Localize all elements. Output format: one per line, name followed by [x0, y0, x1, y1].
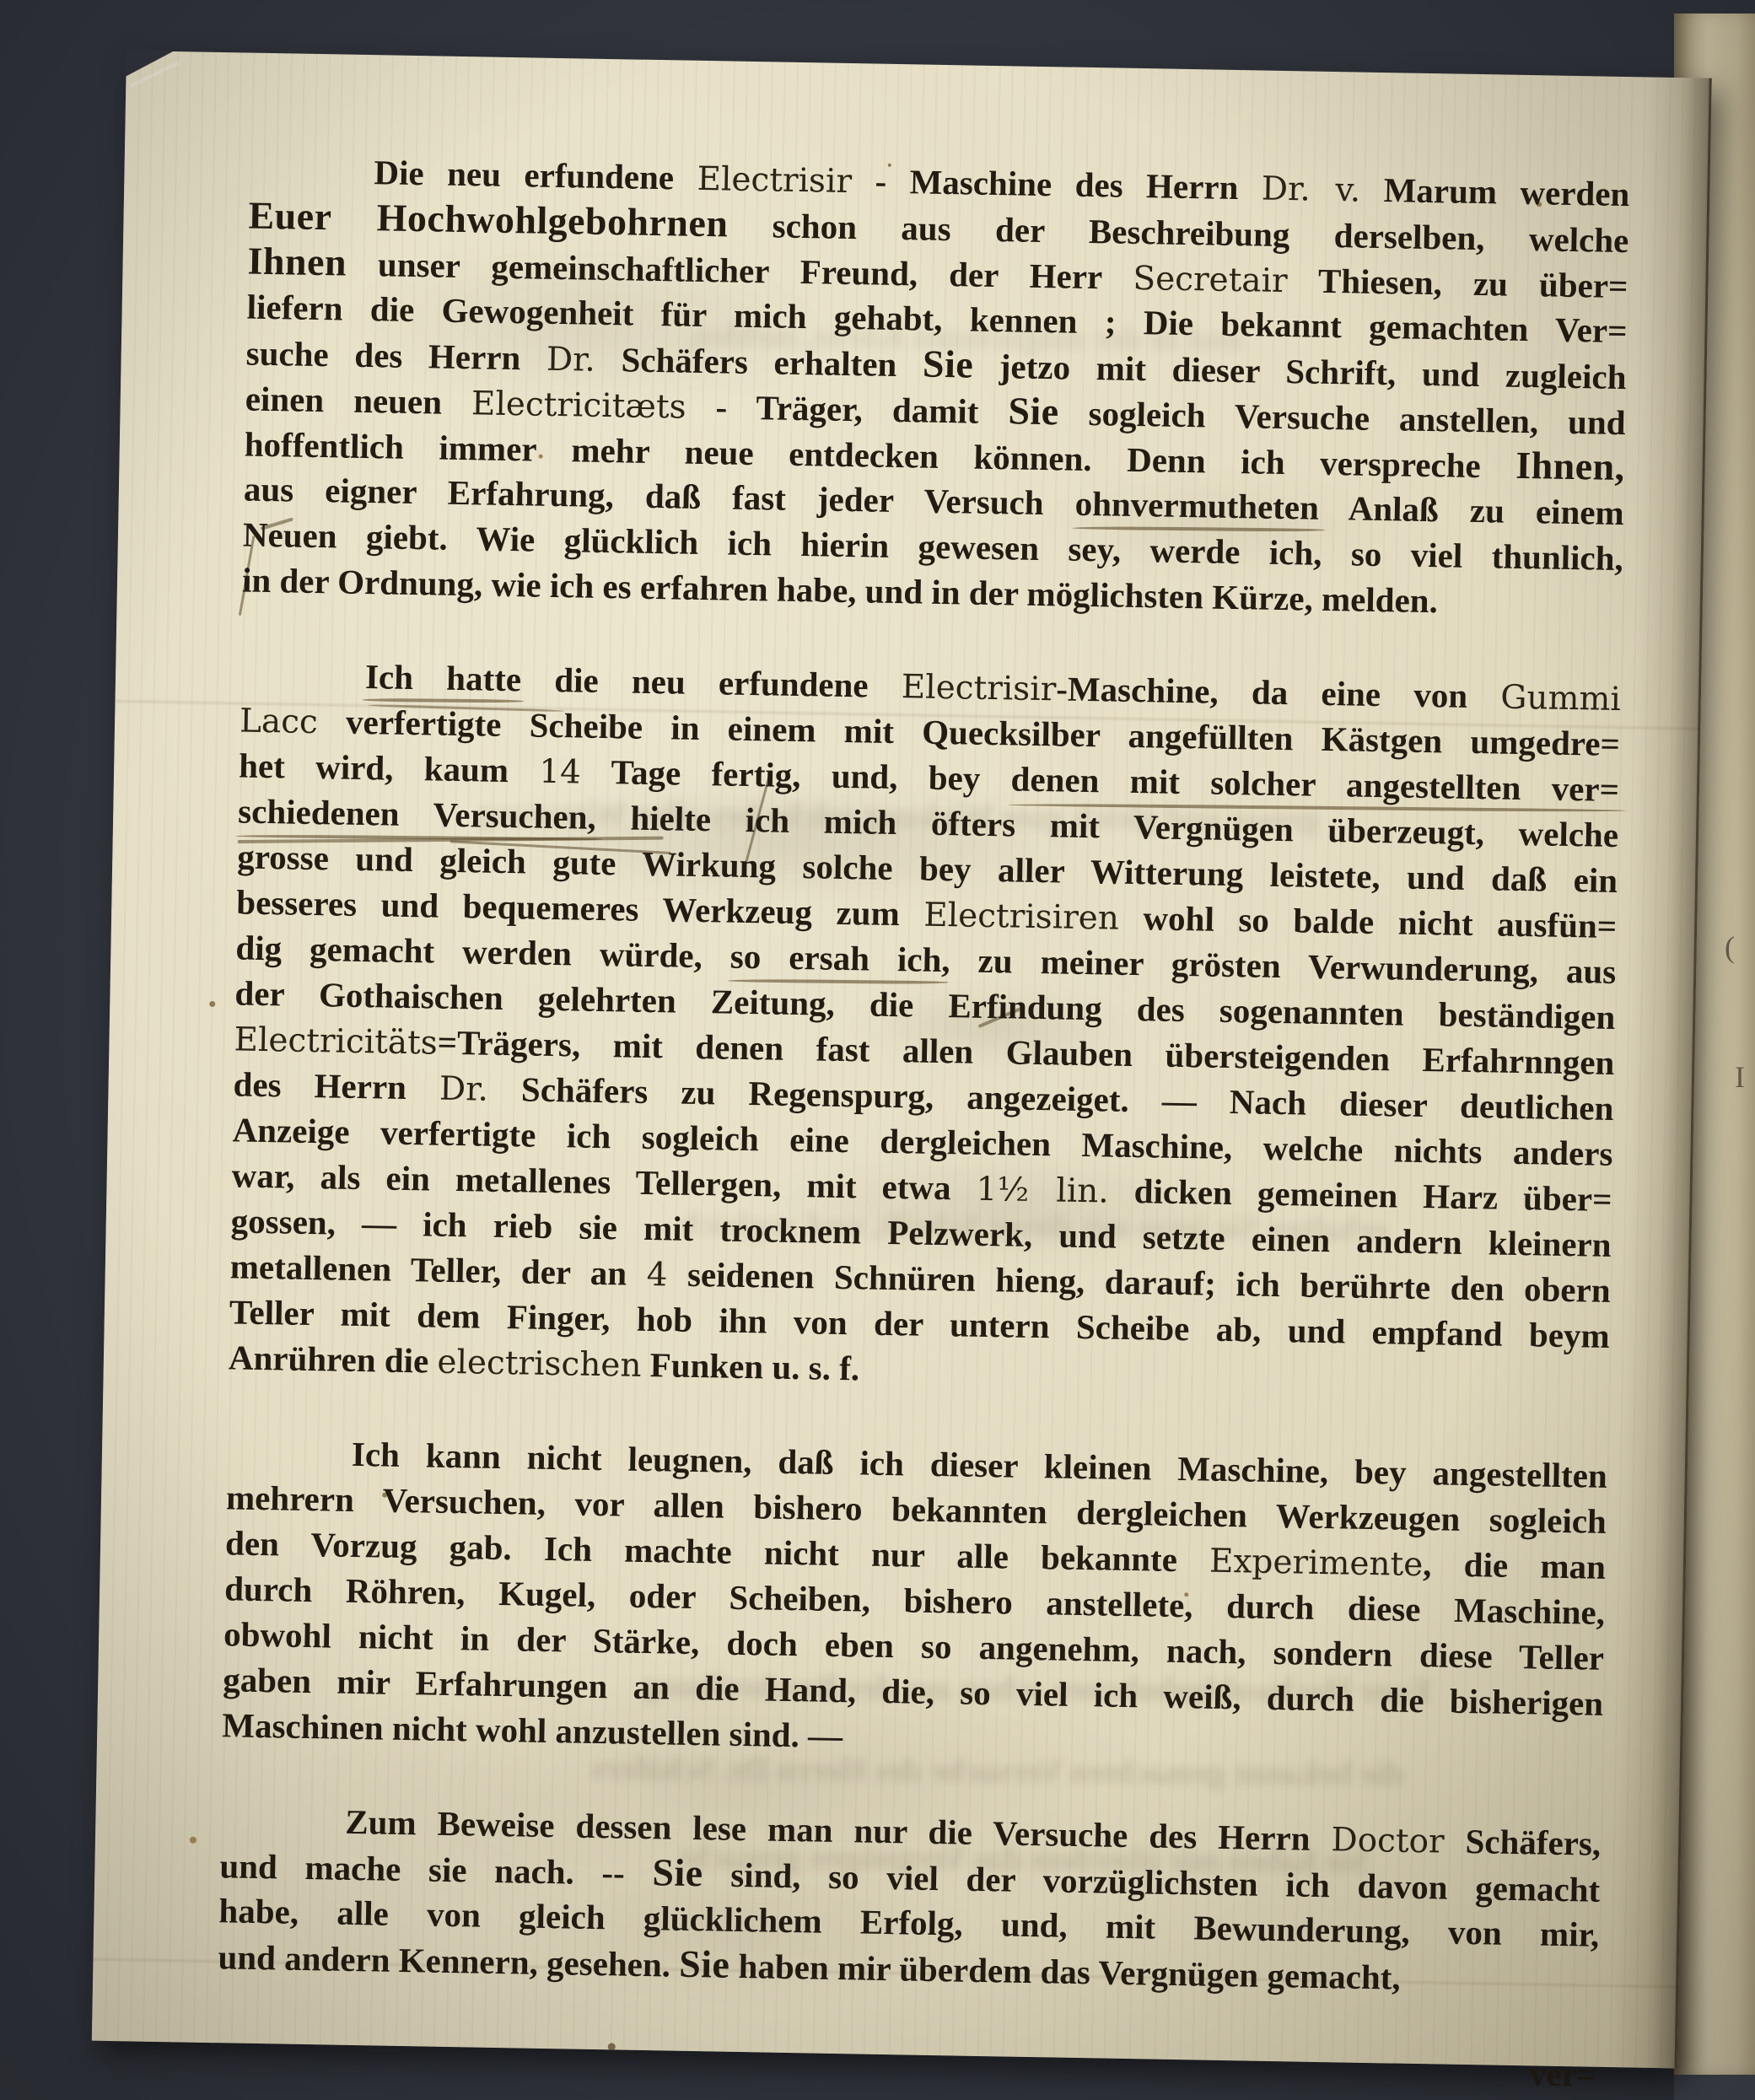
text-segment: wohl so balde nicht ausfün=	[1119, 898, 1618, 945]
text-segment: , zu meiner grösten Verwunderung, aus	[941, 940, 1617, 991]
text-segment: Electricitæts	[471, 385, 686, 426]
text-segment: Tage fertig, und, bey	[581, 752, 1012, 799]
text-block: Die neu erfundene Electrisir - Maschine …	[216, 148, 1630, 2097]
text-segment: einen neuen	[245, 380, 471, 423]
text-segment: - Maschine des Herrn	[852, 161, 1262, 207]
paragraph: Ich hatte die neu erfundene Electrisir-M…	[229, 651, 1622, 1403]
paper-speck	[190, 1837, 196, 1844]
text-segment: Ich hatte	[365, 657, 522, 698]
text-segment: Maschinen nicht wohl anzustellen sind. —	[222, 1705, 843, 1755]
text-segment: Dr. v.	[1261, 170, 1360, 210]
text-segment: 14	[539, 753, 581, 792]
text-segment: Electrisir	[697, 160, 852, 201]
book-page: und in der möglichsten Kürze, melden.gro…	[92, 51, 1712, 2068]
text-segment: , die man	[1423, 1544, 1606, 1586]
text-segment: metallenen Teller, der an	[229, 1247, 647, 1293]
book-block-shadow	[1674, 2075, 1755, 2100]
corner-fold-clip	[125, 50, 175, 78]
scan-background: { "page": { "background_color": "#31343c…	[0, 0, 1755, 2100]
text-segment: electrischen	[437, 1343, 642, 1385]
text-segment: Lacc	[240, 702, 318, 741]
text-segment: Experimente	[1209, 1543, 1424, 1584]
adjacent-page-text-fragment: I	[1735, 1059, 1745, 1095]
text-segment: Sie	[1008, 389, 1059, 433]
text-segment: Schäfers,	[1444, 1822, 1601, 1863]
text-segment: dig gemacht werden würde,	[235, 928, 730, 975]
text-segment: Ihnen	[247, 240, 347, 284]
text-segment: schiedenen Versuchen,	[238, 791, 596, 836]
text-segment: Schäfers erhalten	[595, 340, 923, 385]
text-segment: Sie	[679, 1942, 730, 1986]
text-segment: Euer Hochwohlgebohrnen	[248, 194, 729, 245]
paragraph: Die neu erfundene Electrisir - Maschine …	[242, 148, 1630, 627]
text-segment: des Herrn	[233, 1064, 439, 1107]
text-segment: ohnvermutheten	[1074, 484, 1319, 527]
adjacent-page-text-fragment: (	[1725, 929, 1735, 965]
text-segment: Marum werden	[1360, 170, 1630, 214]
text-segment: - Träger, damit	[686, 387, 1009, 432]
text-segment: Secretair	[1133, 260, 1288, 300]
text-segment: Funken u. s. f.	[641, 1345, 859, 1388]
text-segment: het wird, kaum	[239, 746, 540, 789]
text-segment: Sie	[923, 342, 974, 386]
paper-speck	[209, 1001, 215, 1007]
text-segment: Electrisir	[901, 668, 1056, 708]
text-segment: Die neu erfundene	[374, 153, 697, 197]
text-segment: dicken gemeinen Harz über=	[1108, 1171, 1612, 1219]
text-segment: haben mir überdem das Vergnügen gemacht,	[729, 1947, 1401, 1997]
text-segment: sogleich Versuche anstellen, und	[1058, 393, 1626, 442]
text-segment: Thiesen, zu über=	[1287, 261, 1628, 305]
text-segment: Doctor	[1331, 1821, 1445, 1860]
bleedthrough-layer: und in der möglichsten Kürze, melden.gro…	[127, 51, 1712, 78]
text-segment: so ersah ich	[729, 937, 941, 979]
text-segment: Gummi	[1500, 679, 1621, 719]
paragraph: Zum Beweise dessen lese man nur die Vers…	[218, 1796, 1602, 2003]
text-segment: Electrisiren	[923, 897, 1119, 938]
paragraph: Ich kann nicht leugnen, daß ich dieser k…	[222, 1429, 1607, 1772]
text-segment: Sie	[652, 1850, 703, 1894]
text-segment: und mache sie nach. --	[219, 1846, 653, 1893]
text-segment: 4	[646, 1256, 668, 1294]
text-segment: 1½ lin.	[976, 1171, 1109, 1211]
text-segment: Anlaß zu einem	[1319, 488, 1625, 532]
text-segment: und andern Kennern, gesehen.	[218, 1937, 679, 1984]
text-segment: suche des Herrn	[245, 334, 546, 378]
text-segment: denen mit solcher angestellten ver=	[1010, 759, 1619, 809]
text-segment: Ihnen,	[1515, 444, 1625, 488]
text-segment: -Maschine, da eine von	[1056, 669, 1501, 715]
text-segment: Anrühren die	[229, 1338, 438, 1380]
text-segment: Dr.	[546, 341, 596, 380]
text-segment: Electricitäts	[234, 1020, 438, 1062]
text-segment: Dr.	[439, 1070, 489, 1109]
catchword: ver=	[216, 2027, 1597, 2097]
text-segment: die neu erfundene	[521, 660, 902, 705]
